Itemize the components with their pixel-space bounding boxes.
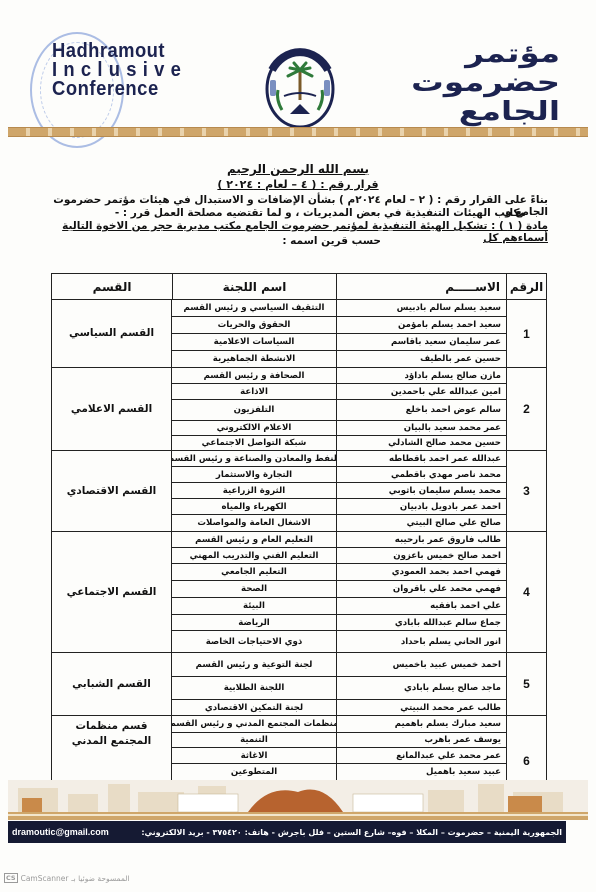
table-row: فهمي احمد بحمد العموديالتعليم الجامعي bbox=[172, 564, 506, 581]
member-name: عمر محمد علي عبدالمانع bbox=[336, 748, 506, 763]
member-name: طالب فاروق عمر بارحيبه bbox=[336, 532, 506, 547]
group-number: 2 bbox=[506, 368, 546, 450]
member-name: عمر محمد سعيد بالبيان bbox=[336, 421, 506, 435]
ar-title-line-1: مؤتمر bbox=[335, 40, 560, 69]
table-row: صالح علي صالح البيتيالاشغال العامة والمو… bbox=[172, 515, 506, 531]
group-number: 3 bbox=[506, 451, 546, 531]
committee-name: الحقوق والحريات bbox=[172, 317, 336, 333]
table-group-3: 3عبدالله عمر احمد باقطاطهالنفط والمعادن … bbox=[52, 451, 546, 532]
group-number: 4 bbox=[506, 532, 546, 652]
committee-name: شبكة التواصل الاجتماعي bbox=[172, 436, 336, 450]
member-name: سعيد مبارك يسلم باهميم bbox=[336, 716, 506, 732]
member-name: مازن صالح يسلم باداؤد bbox=[336, 368, 506, 383]
arabic-conference-title: مؤتمر حضرموت الجامع bbox=[335, 40, 560, 127]
group-rows: مازن صالح يسلم باداؤدالصحافة و رئيس القس… bbox=[171, 368, 506, 450]
committee-name: السياسات الاعلامية bbox=[172, 334, 336, 350]
committee-name: الاذاعة bbox=[172, 384, 336, 399]
member-name: عمر سليمان سعيد باقاسم bbox=[336, 334, 506, 350]
table-row: حسين محمد صالح الشادليشبكة التواصل الاجت… bbox=[172, 436, 506, 450]
camscanner-label: CamScanner bbox=[21, 874, 69, 883]
committee-name: التنمية bbox=[172, 733, 336, 747]
footer-contact-bar: dramoutic@gmail.com الجمهورية اليمنية – … bbox=[8, 821, 566, 843]
footer-email-link[interactable]: dramoutic@gmail.com bbox=[12, 827, 109, 837]
camscanner-logo-icon: CS bbox=[4, 873, 18, 883]
member-name: انور الحاني يسلم باحداد bbox=[336, 631, 506, 652]
header-committee: اسم اللجنة bbox=[172, 274, 336, 299]
group-rows: سعيد يسلم سالم بادبيسالتثقيف السياسي و ر… bbox=[171, 300, 506, 367]
member-name: حسين محمد صالح الشادلي bbox=[336, 436, 506, 450]
table-row: مازن صالح يسلم باداؤدالصحافة و رئيس القس… bbox=[172, 368, 506, 384]
camscanner-arabic-label: الممسوحة ضوئيا بـ bbox=[71, 874, 129, 883]
committee-name: التثقيف السياسي و رئيس القسم bbox=[172, 300, 336, 316]
committee-name: ذوي الاحتياجات الخاصة bbox=[172, 631, 336, 652]
article-label: مادة ( ١ ) : bbox=[491, 220, 548, 232]
table-row: امين عبدالله علي باحمدينالاذاعة bbox=[172, 384, 506, 400]
section-name: القسم الاجتماعي bbox=[52, 532, 171, 652]
committee-name: الاعلام الالكتروني bbox=[172, 421, 336, 435]
table-row: جماع سالم عبدالله باباديالرياضة bbox=[172, 615, 506, 631]
committee-name: لجنة التمكين الاقتصادي bbox=[172, 700, 336, 715]
section-name: القسم الاقتصادي bbox=[52, 451, 171, 531]
table-row: عمر سليمان سعيد باقاسمالسياسات الاعلامية bbox=[172, 334, 506, 351]
table-row: محمد ناصر مهدي باقطميالتجارة والاستثمار bbox=[172, 467, 506, 483]
table-header: الرقم الاســـــم اسم اللجنة القسم bbox=[52, 274, 546, 300]
member-name: يوسف عمر باهرب bbox=[336, 733, 506, 747]
committee-name: الصحافة و رئيس القسم bbox=[172, 368, 336, 383]
member-name: احمد صالح خميس باعزون bbox=[336, 548, 506, 563]
committee-name: التجارة والاستثمار bbox=[172, 467, 336, 482]
group-rows: احمد خميس عبيد باخميسلجنة التوعية و رئيس… bbox=[171, 653, 506, 715]
member-name: عبيد سعيد باهميل bbox=[336, 764, 506, 780]
header-section: القسم bbox=[52, 274, 172, 299]
member-name: ماجد صالح يسلم بابادي bbox=[336, 677, 506, 699]
table-group-2: 2مازن صالح يسلم باداؤدالصحافة و رئيس الق… bbox=[52, 368, 546, 451]
table-row: محمد يسلم سليمان باثوبيالثروة الزراعية bbox=[172, 483, 506, 499]
committee-table: الرقم الاســـــم اسم اللجنة القسم 1سعيد … bbox=[51, 273, 547, 806]
member-name: عبدالله عمر احمد باقطاطه bbox=[336, 451, 506, 466]
english-conference-title: Hadhramout Inclusive Conference bbox=[52, 42, 172, 99]
committee-name: لجنة التوعية و رئيس القسم bbox=[172, 653, 336, 676]
preamble-line-4: حسب قرين اسمه : bbox=[81, 235, 381, 247]
table-row: حسين عمر بالطيفالانشطة الجماهيرية bbox=[172, 351, 506, 367]
conference-emblem-palm-icon bbox=[264, 48, 336, 130]
table-row: علي احمد بافقيهالبيئة bbox=[172, 598, 506, 615]
member-name: فهمي محمد علي باقروان bbox=[336, 581, 506, 597]
committee-name: التعليم الجامعي bbox=[172, 564, 336, 580]
group-rows: عبدالله عمر احمد باقطاطهالنفط والمعادن و… bbox=[171, 451, 506, 531]
member-name: سعيد احمد يسلم بامؤمن bbox=[336, 317, 506, 333]
table-row: طالب فاروق عمر بارحيبهالتعليم العام و رئ… bbox=[172, 532, 506, 548]
committee-name: منظمات المجتمع المدني و رئيس القسم bbox=[172, 716, 336, 732]
group-rows: طالب فاروق عمر بارحيبهالتعليم العام و رئ… bbox=[171, 532, 506, 652]
group-number: 1 bbox=[506, 300, 546, 367]
committee-name: الرياضة bbox=[172, 615, 336, 630]
member-name: احمد خميس عبيد باخميس bbox=[336, 653, 506, 676]
member-name: سالم عوض احمد باخلع bbox=[336, 400, 506, 420]
section-name: القسم الاعلامي bbox=[52, 368, 171, 450]
member-name: محمد يسلم سليمان باثوبي bbox=[336, 483, 506, 498]
ar-title-line-2: حضرموت bbox=[335, 69, 560, 98]
group-number: 5 bbox=[506, 653, 546, 715]
table-row: عمر محمد سعيد بالبيانالاعلام الالكتروني bbox=[172, 421, 506, 436]
member-name: امين عبدالله علي باحمدين bbox=[336, 384, 506, 399]
table-row: سعيد مبارك يسلم باهميممنظمات المجتمع الم… bbox=[172, 716, 506, 733]
camscanner-watermark: CS CamScanner الممسوحة ضوئيا بـ bbox=[4, 873, 130, 883]
ar-title-line-3: الجامع bbox=[335, 98, 560, 127]
member-name: محمد ناصر مهدي باقطمي bbox=[336, 467, 506, 482]
decision-number: قرار رقم : ( ٤ – لعام : ٢٠٢٤ ) bbox=[0, 178, 596, 191]
committee-name: الاشغال العامة والمواصلات bbox=[172, 515, 336, 531]
table-row: احمد عمر بادويل بادبيانالكهرباء والمياه bbox=[172, 499, 506, 515]
committee-name: الاغاثة bbox=[172, 748, 336, 763]
table-row: انور الحاني يسلم باحدادذوي الاحتياجات ال… bbox=[172, 631, 506, 652]
committee-name: النفط والمعادن والصناعة و رئيس القسم bbox=[172, 451, 336, 466]
title-line-conference: Conference bbox=[52, 80, 172, 99]
basmala-heading: بسم الله الرحمن الرحيم bbox=[0, 162, 596, 176]
table-row: سالم عوض احمد باخلعالتلفزيون bbox=[172, 400, 506, 421]
member-name: حسين عمر بالطيف bbox=[336, 351, 506, 367]
member-name: جماع سالم عبدالله بابادي bbox=[336, 615, 506, 630]
committee-name: التعليم الفني والتدريب المهني bbox=[172, 548, 336, 563]
committee-name: الانشطة الجماهيرية bbox=[172, 351, 336, 367]
table-row: احمد صالح خميس باعزونالتعليم الفني والتد… bbox=[172, 548, 506, 564]
table-row: ماجد صالح يسلم بابادياللجنة الطلابية bbox=[172, 677, 506, 700]
member-name: سعيد يسلم سالم بادبيس bbox=[336, 300, 506, 316]
decorative-band-top bbox=[8, 127, 588, 137]
committee-name: الثروة الزراعية bbox=[172, 483, 336, 498]
table-row: احمد خميس عبيد باخميسلجنة التوعية و رئيس… bbox=[172, 653, 506, 677]
member-name: طالب عمر محمد النبيتي bbox=[336, 700, 506, 715]
header-number: الرقم bbox=[506, 274, 546, 299]
table-row: عمر محمد علي عبدالمانعالاغاثة bbox=[172, 748, 506, 764]
table-group-4: 4طالب فاروق عمر بارحيبهالتعليم العام و ر… bbox=[52, 532, 546, 653]
committee-name: التلفزيون bbox=[172, 400, 336, 420]
table-row: طالب عمر محمد النبيتيلجنة التمكين الاقتص… bbox=[172, 700, 506, 715]
committee-name: الصحة bbox=[172, 581, 336, 597]
committee-name: البيئة bbox=[172, 598, 336, 614]
committee-name: التعليم العام و رئيس القسم bbox=[172, 532, 336, 547]
table-row: سعيد احمد يسلم بامؤمنالحقوق والحريات bbox=[172, 317, 506, 334]
table-row: عبدالله عمر احمد باقطاطهالنفط والمعادن و… bbox=[172, 451, 506, 467]
committee-name: اللجنة الطلابية bbox=[172, 677, 336, 699]
member-name: فهمي احمد بحمد العمودي bbox=[336, 564, 506, 580]
committee-name: المتطوعين bbox=[172, 764, 336, 780]
section-name: القسم السياسي bbox=[52, 300, 171, 367]
table-group-1: 1سعيد يسلم سالم بادبيسالتثقيف السياسي و … bbox=[52, 300, 546, 368]
table-row: فهمي محمد علي باقروانالصحة bbox=[172, 581, 506, 598]
table-group-5: 5احمد خميس عبيد باخميسلجنة التوعية و رئي… bbox=[52, 653, 546, 716]
member-name: صالح علي صالح البيتي bbox=[336, 515, 506, 531]
table-row: يوسف عمر باهربالتنمية bbox=[172, 733, 506, 748]
header-name: الاســـــم bbox=[336, 274, 506, 299]
preamble-line-2: مكاتب الهيئات التنفيذية في بعض المديريات… bbox=[46, 207, 526, 219]
table-row: سعيد يسلم سالم بادبيسالتثقيف السياسي و ر… bbox=[172, 300, 506, 317]
table-row: عبيد سعيد باهميلالمتطوعين bbox=[172, 764, 506, 781]
member-name: احمد عمر بادويل بادبيان bbox=[336, 499, 506, 514]
committee-name: الكهرباء والمياه bbox=[172, 499, 336, 514]
table-body: 1سعيد يسلم سالم بادبيسالتثقيف السياسي و … bbox=[52, 300, 546, 805]
hadhramout-skyline-decoration bbox=[8, 780, 588, 820]
section-name: القسم الشبابي bbox=[52, 653, 171, 715]
member-name: علي احمد بافقيه bbox=[336, 598, 506, 614]
footer-address: الجمهورية اليمنية – حضرموت – المكلا – فو… bbox=[141, 828, 562, 837]
